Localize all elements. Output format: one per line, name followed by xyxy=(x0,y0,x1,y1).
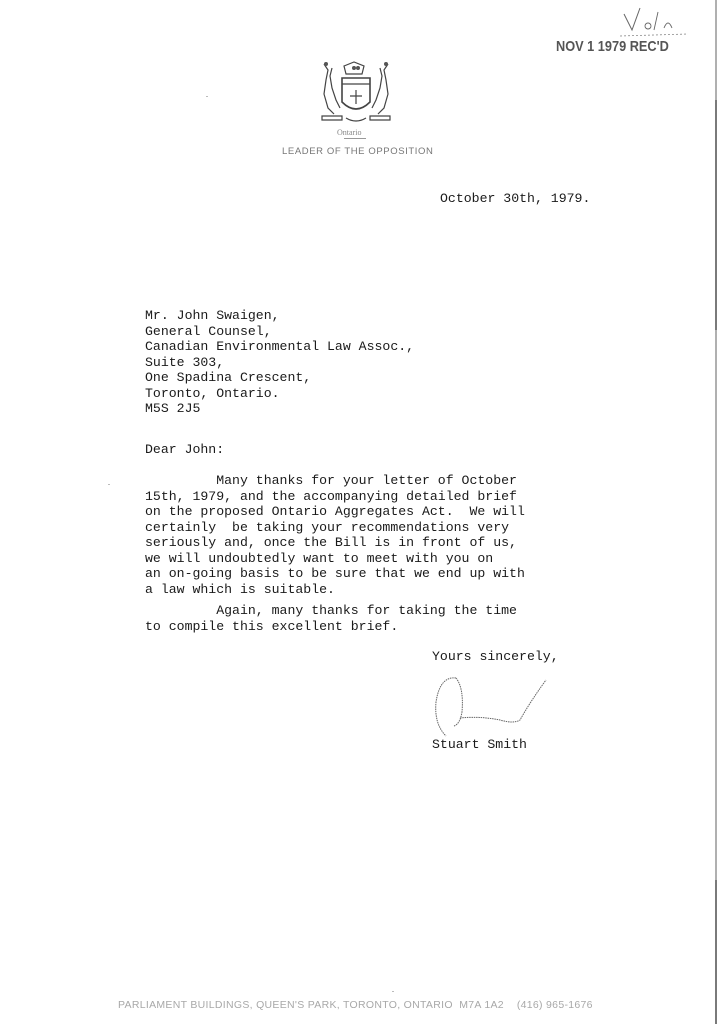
address-line: Mr. John Swaigen, xyxy=(145,308,414,324)
province-name: Ontario xyxy=(337,128,361,137)
crest-rule xyxy=(344,138,366,139)
scan-speck xyxy=(206,96,208,97)
paragraph-line: a law which is suitable. xyxy=(145,582,525,598)
page-edge-shadow xyxy=(715,880,717,1024)
address-line: Toronto, Ontario. xyxy=(145,386,414,402)
paragraph-line: an on-going basis to be sure that we end… xyxy=(145,566,525,582)
salutation: Dear John: xyxy=(145,442,224,458)
received-date-stamp: NOV 1 1979 REC'D xyxy=(556,38,669,55)
paragraph-line: we will undoubtedly want to meet with yo… xyxy=(145,551,525,567)
address-line: M5S 2J5 xyxy=(145,401,414,417)
scan-speck xyxy=(392,991,394,992)
handwritten-signature-icon xyxy=(420,672,550,742)
paragraph-line: 15th, 1979, and the accompanying detaile… xyxy=(145,489,525,505)
address-line: Canadian Environmental Law Assoc., xyxy=(145,339,414,355)
paragraph-line: Again, many thanks for taking the time xyxy=(145,603,517,619)
paragraph-line: on the proposed Ontario Aggregates Act. … xyxy=(145,504,525,520)
body-paragraph-1: Many thanks for your letter of October15… xyxy=(145,473,525,597)
address-line: Suite 303, xyxy=(145,355,414,371)
paragraph-line: seriously and, once the Bill is in front… xyxy=(145,535,525,551)
paragraph-line: certainly be taking your recommendations… xyxy=(145,520,525,536)
address-line: One Spadina Crescent, xyxy=(145,370,414,386)
ontario-coat-of-arms-icon xyxy=(318,60,394,132)
handwritten-initials-icon xyxy=(618,0,698,40)
letterhead-footer-address: PARLIAMENT BUILDINGS, QUEEN'S PARK, TORO… xyxy=(118,999,593,1011)
signer-name: Stuart Smith xyxy=(432,737,527,753)
page-edge-shadow xyxy=(715,100,717,330)
letter-date: October 30th, 1979. xyxy=(440,191,590,207)
body-paragraph-2: Again, many thanks for taking the timeto… xyxy=(145,603,517,634)
recipient-address: Mr. John Swaigen,General Counsel,Canadia… xyxy=(145,308,414,417)
letterhead-office-title: LEADER OF THE OPPOSITION xyxy=(282,146,433,157)
paragraph-line: Many thanks for your letter of October xyxy=(145,473,525,489)
scan-speck xyxy=(108,484,110,485)
closing: Yours sincerely, xyxy=(432,649,559,665)
address-line: General Counsel, xyxy=(145,324,414,340)
paragraph-line: to compile this excellent brief. xyxy=(145,619,517,635)
